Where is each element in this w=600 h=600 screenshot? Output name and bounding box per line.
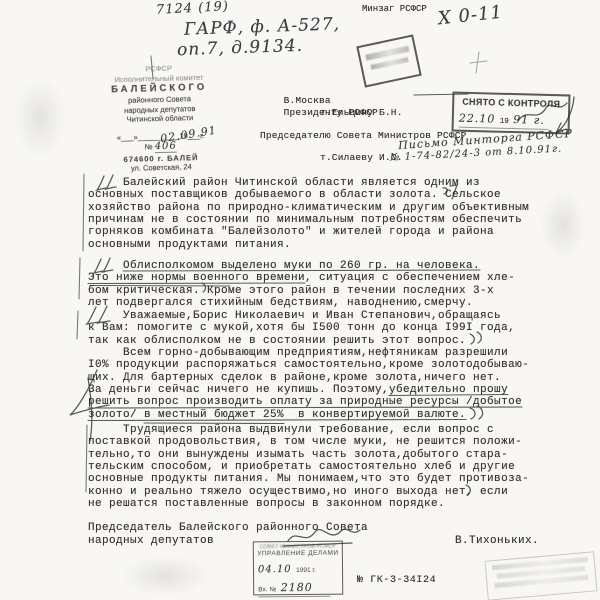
- paper-stain: [540, 190, 586, 260]
- incoming-stamp-date-row: 04.10 1991 г.: [258, 559, 342, 578]
- incoming-registration-stamp: СОВЕТ МИНИСТРОВ РСФСР УПРАВЛЕНИЕ ДЕЛАМИ …: [253, 541, 343, 596]
- body-paragraph-4: Всем горно-добывающим предприятиям,нефтя…: [88, 347, 529, 421]
- scanned-letter-page: 7124 (19) ГАРФ, ф. А-527, оп.7, д.9134. …: [0, 0, 600, 600]
- signer-title-line-2: народных депутатов: [88, 535, 214, 547]
- body-paragraph-5: Трудящиеся района выдвинули требование, …: [88, 424, 529, 510]
- incoming-date-print: 1991 г.: [296, 567, 316, 574]
- paper-stain: [14, 78, 66, 158]
- paper-stain: [120, 556, 210, 596]
- body-paragraph-1: Балейский район Читинской области являет…: [88, 177, 529, 251]
- recipient-name-1: т.Ельцину Б.Н.: [320, 107, 403, 119]
- incoming-number-row: Вх. № 2180: [258, 578, 330, 598]
- archival-code-note: 7124 (19): [156, 0, 230, 18]
- archival-opis-note: оп.7, д.9134.: [177, 36, 304, 60]
- document-number: № ГК-3-34I24: [357, 575, 436, 586]
- control-date-print: 19: [500, 118, 509, 126]
- incoming-stamp-org-2: УПРАВЛЕНИЕ ДЕЛАМИ: [254, 550, 342, 558]
- control-date-year: 91 г.: [513, 113, 545, 127]
- archival-right-code-note: Х 0-11: [437, 2, 504, 30]
- incoming-date-handwritten: 04.10: [258, 564, 292, 575]
- sender-committee-stamp: РСФСР Исполнительный комитет БАЛЕЙСКОГО …: [83, 62, 238, 174]
- recipient-city: В.Москва: [284, 95, 331, 106]
- signer-title-line-1: Председатель Балейского районного Совета: [88, 522, 368, 534]
- faded-stamp-box: [356, 34, 421, 87]
- body-paragraph-2: Облисполкомом выделено муки по 260 гр. н…: [88, 260, 515, 309]
- archival-fond-note: ГАРФ, ф. А-527,: [184, 14, 341, 39]
- ministry-routing-note: Минзаг РСФСР: [362, 4, 427, 14]
- signer-name: В.Тихоньких.: [455, 535, 539, 547]
- stamp-number-label: №: [145, 142, 153, 151]
- incoming-number-label: Вх. №: [258, 586, 276, 593]
- faint-illegible-stamp: [484, 551, 597, 600]
- control-stamp-date-row: 22.10 19 91 г.: [459, 109, 549, 130]
- incoming-number-handwritten: 2180: [281, 581, 313, 594]
- stamp-smudge: [370, 57, 408, 70]
- body-paragraph-3: Уважаемые,Борис Николаевич и Иван Степан…: [88, 310, 515, 347]
- control-date-day: 22.10: [459, 112, 496, 126]
- control-stamp-title: СНЯТО С КОНТРОЛЯ: [454, 97, 568, 110]
